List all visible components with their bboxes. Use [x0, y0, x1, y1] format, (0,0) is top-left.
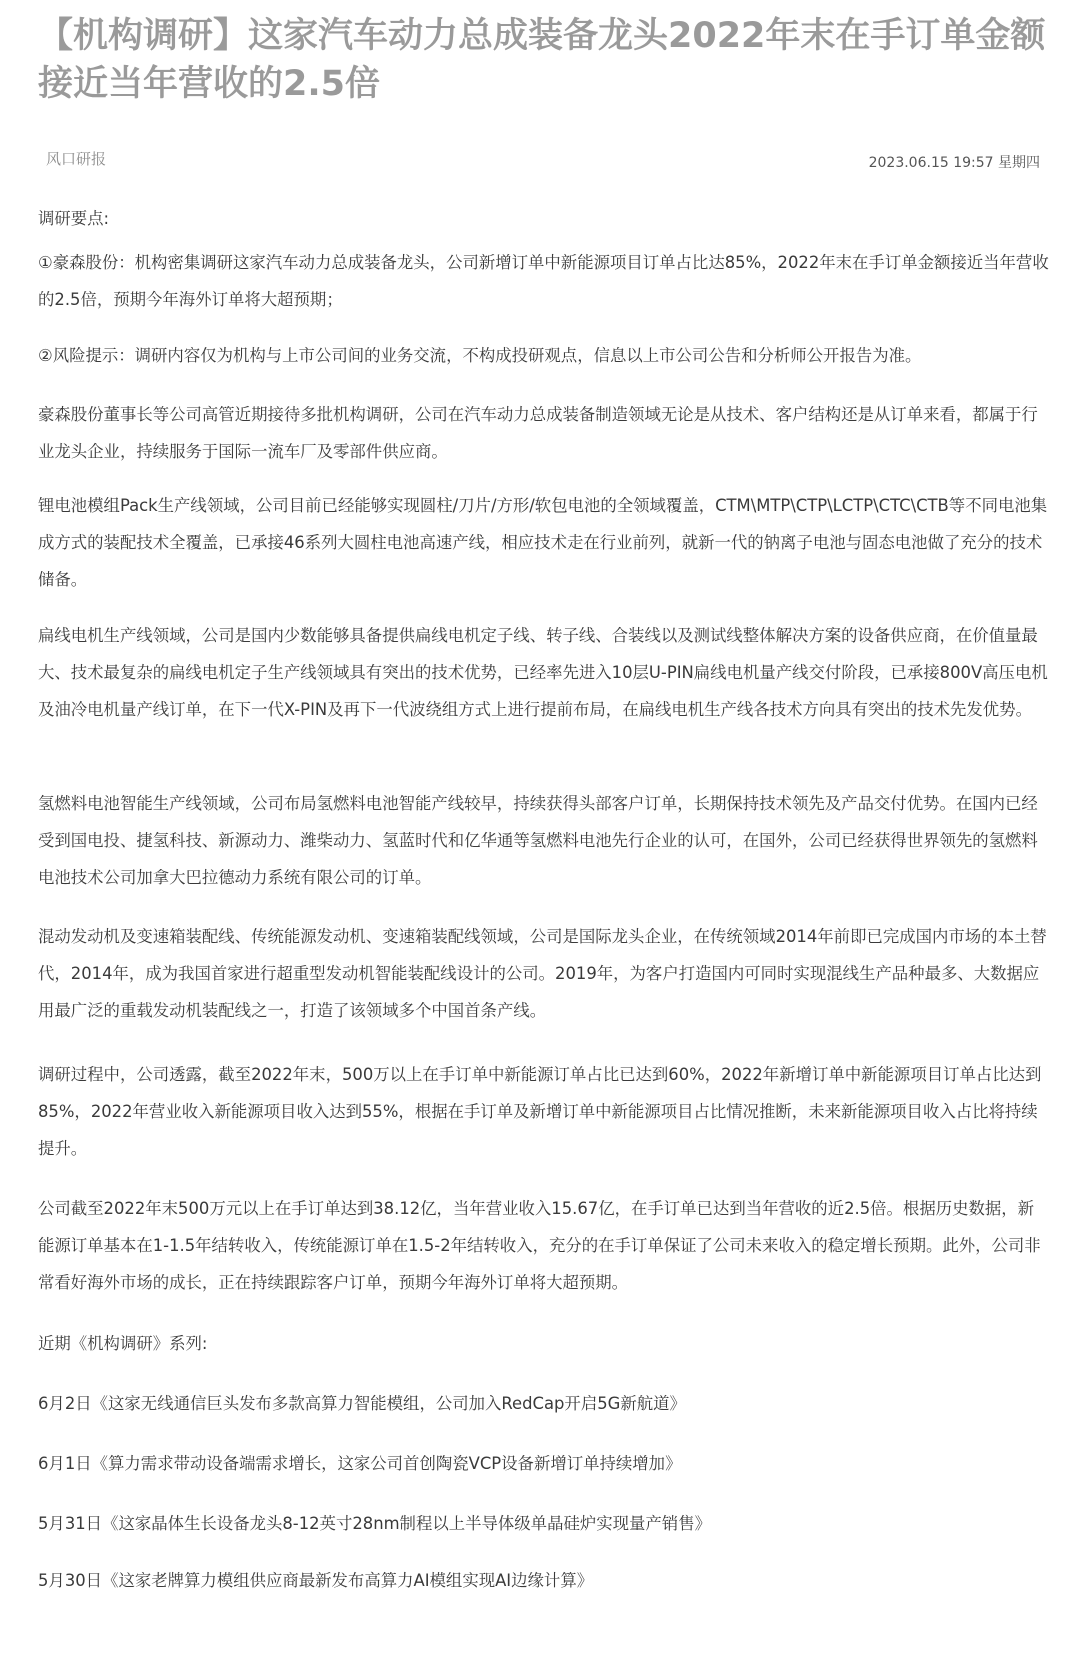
article-paragraph: 混动发动机及变速箱装配线、传统能源发动机、变速箱装配线领域，公司是国际龙头企业，… — [38, 918, 1050, 1029]
series-link[interactable]: 6月2日《这家无线通信巨头发布多款高算力智能模组，公司加入RedCap开启5G新… — [38, 1385, 686, 1422]
summary-point: ②风险提示：调研内容仅为机构与上市公司间的业务交流，不构成投研观点，信息以上市公… — [38, 337, 1050, 374]
article-paragraph: 扁线电机生产线领域，公司是国内少数能够具备提供扁线电机定子线、转子线、合装线以及… — [38, 617, 1050, 728]
series-link[interactable]: 6月1日《算力需求带动设备端需求增长，这家公司首创陶瓷VCP设备新增订单持续增加… — [38, 1445, 681, 1482]
summary-heading: 调研要点: — [38, 200, 109, 237]
series-heading: 近期《机构调研》系列: — [38, 1325, 207, 1362]
article-paragraph: 调研过程中，公司透露，截至2022年末，500万以上在手订单中新能源订单占比已达… — [38, 1056, 1050, 1167]
article-title: 【机构调研】这家汽车动力总成装备龙头2022年末在手订单金额接近当年营收的2.5… — [38, 12, 1048, 108]
series-link[interactable]: 5月30日《这家老牌算力模组供应商最新发布高算力AI模组实现AI边缘计算》 — [38, 1562, 593, 1599]
summary-point: ①豪森股份：机构密集调研这家汽车动力总成装备龙头，公司新增订单中新能源项目订单占… — [38, 244, 1050, 318]
article-paragraph: 氢燃料电池智能生产线领域，公司布局氢燃料电池智能产线较早，持续获得头部客户订单，… — [38, 785, 1050, 896]
article-paragraph: 豪森股份董事长等公司高管近期接待多批机构调研，公司在汽车动力总成装备制造领域无论… — [38, 396, 1050, 470]
article-source[interactable]: 风口研报 — [46, 148, 106, 169]
article-paragraph: 公司截至2022年末500万元以上在手订单达到38.12亿，当年营业收入15.6… — [38, 1190, 1050, 1301]
series-link[interactable]: 5月31日《这家晶体生长设备龙头8-12英寸28nm制程以上半导体级单晶硅炉实现… — [38, 1505, 711, 1542]
article-timestamp: 2023.06.15 19:57 星期四 — [869, 152, 1040, 172]
article-paragraph: 锂电池模组Pack生产线领域，公司目前已经能够实现圆柱/刀片/方形/软包电池的全… — [38, 487, 1050, 598]
